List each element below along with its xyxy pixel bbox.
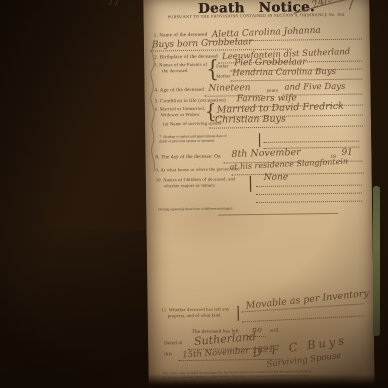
label-death-place: 9. At what house or where the person die… bbox=[156, 166, 240, 172]
value-age: Nineteen bbox=[208, 83, 250, 94]
value-age-days: and Five Days bbox=[284, 82, 345, 93]
rule-children-3 bbox=[256, 201, 362, 203]
label-will-suffix: will. bbox=[270, 329, 280, 334]
value-death-day: 8th November bbox=[231, 147, 301, 160]
rule-note bbox=[218, 213, 338, 216]
label-age: 4. Age of the deceased bbox=[155, 88, 205, 94]
rule-spouse bbox=[209, 126, 363, 129]
label-parents-2: the deceased bbox=[162, 68, 187, 73]
value-spouse: Christian Buys bbox=[215, 114, 286, 126]
rule-property-2 bbox=[242, 315, 364, 322]
rule-children-2 bbox=[256, 193, 362, 195]
margin-scribble-icon bbox=[146, 43, 162, 175]
death-notice-page: Death Notice. 24/91 PURSUANT TO THE PROV… bbox=[143, 0, 374, 388]
label-property-1: 11. Whether deceased has left any bbox=[162, 306, 230, 312]
label-death-day: 8. The day of the decease: On bbox=[155, 155, 220, 161]
previous-brace: | bbox=[257, 132, 262, 148]
label-parents-1: 3. Names of the Parents of bbox=[154, 62, 207, 68]
label-children-2: whether majors or minors bbox=[164, 183, 215, 189]
label-dated-at: Dated at bbox=[164, 341, 182, 346]
label-previous-wrap: 7. (Stating or names and approximate dat… bbox=[159, 133, 259, 143]
value-children: None bbox=[264, 173, 289, 183]
label-children-1: 10. Names of Children of deceased, and bbox=[156, 176, 236, 182]
label-this: this bbox=[164, 352, 172, 357]
binding-shadow bbox=[0, 230, 160, 388]
label-previous-2: death of previous spouse or spouses) bbox=[159, 137, 259, 143]
rule-previous-1 bbox=[263, 141, 359, 143]
children-note: (Stating separately those born of differ… bbox=[158, 206, 288, 212]
label-father: Father bbox=[216, 63, 229, 68]
bottom-shadow bbox=[0, 374, 388, 388]
children-brace: | bbox=[248, 173, 254, 192]
green-paper-edge bbox=[373, 186, 380, 336]
label-married-2: Widower or Widow bbox=[161, 112, 200, 118]
label-property-2: property, and of what kind bbox=[168, 313, 221, 319]
page-number-mark: 11 bbox=[107, 0, 120, 9]
rule-children-1 bbox=[256, 185, 362, 187]
property-brace: | bbox=[236, 303, 241, 321]
label-name: 1. Name of the deceased bbox=[154, 33, 208, 39]
label-mother: Mother bbox=[216, 73, 231, 78]
label-married-1: 6. Married or Unmarried, bbox=[155, 106, 205, 112]
book-photo: 11 Death Notice. 24/91 PURSUANT TO THE P… bbox=[0, 0, 388, 388]
value-mother: Hendrina Carolina Buys bbox=[232, 67, 336, 78]
label-spouse: (a) Name of surviving spouse bbox=[163, 121, 222, 127]
children-note-wrap: (Stating separately those born of differ… bbox=[158, 206, 288, 212]
